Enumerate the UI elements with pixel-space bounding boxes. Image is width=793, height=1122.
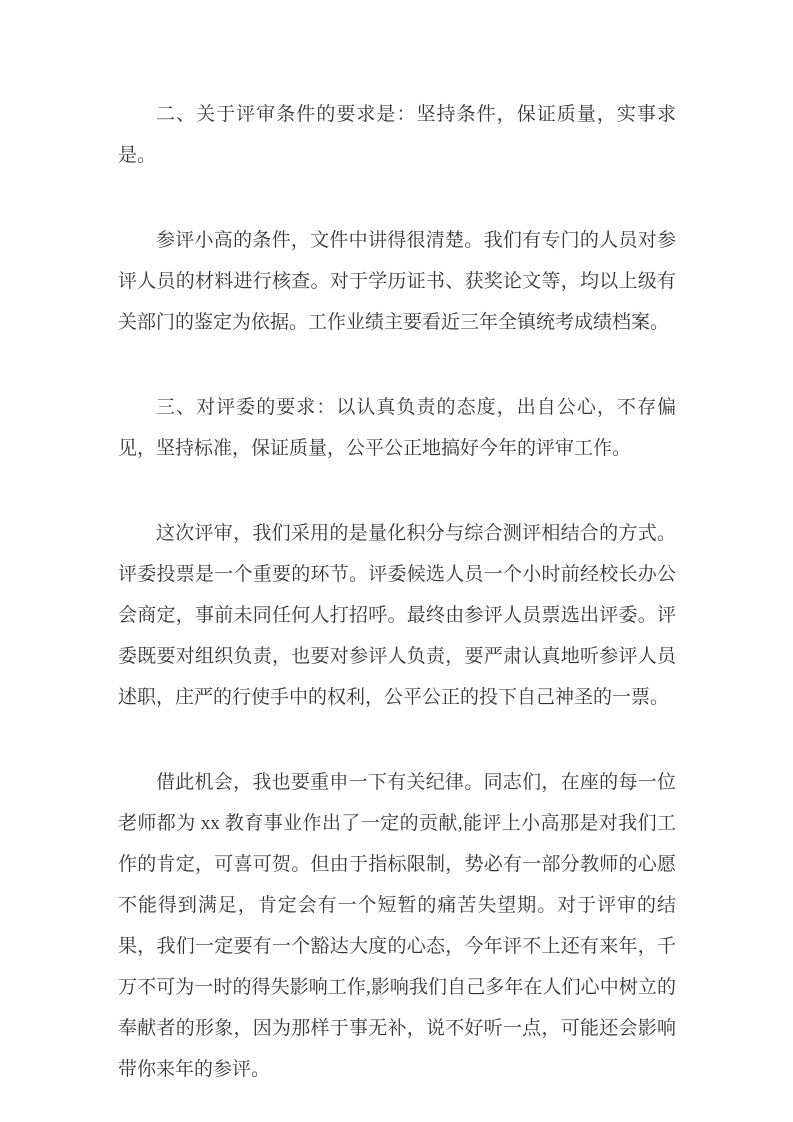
paragraph-judge-requirements-heading: 三、对评委的要求：以认真负责的态度，出自公心，不存偏见，坚持标准，保证质量，公平… [118, 387, 676, 469]
paragraph-review-conditions-heading: 二、关于评审条件的要求是：坚持条件，保证质量，实事求是。 [118, 94, 676, 176]
paragraph-discipline-reminder: 借此机会，我也要重申一下有关纪律。同志们，在座的每一位老师都为 xx 教育事业作… [118, 762, 676, 1090]
paragraph-voting-procedure: 这次评审，我们采用的是量化积分与综合测评相结合的方式。评委投票是一个重要的环节。… [118, 513, 676, 718]
document-page: 二、关于评审条件的要求是：坚持条件，保证质量，实事求是。 参评小高的条件，文件中… [0, 0, 793, 1122]
paragraph-review-conditions-detail: 参评小高的条件，文件中讲得很清楚。我们有专门的人员对参评人员的材料进行核查。对于… [118, 220, 676, 343]
